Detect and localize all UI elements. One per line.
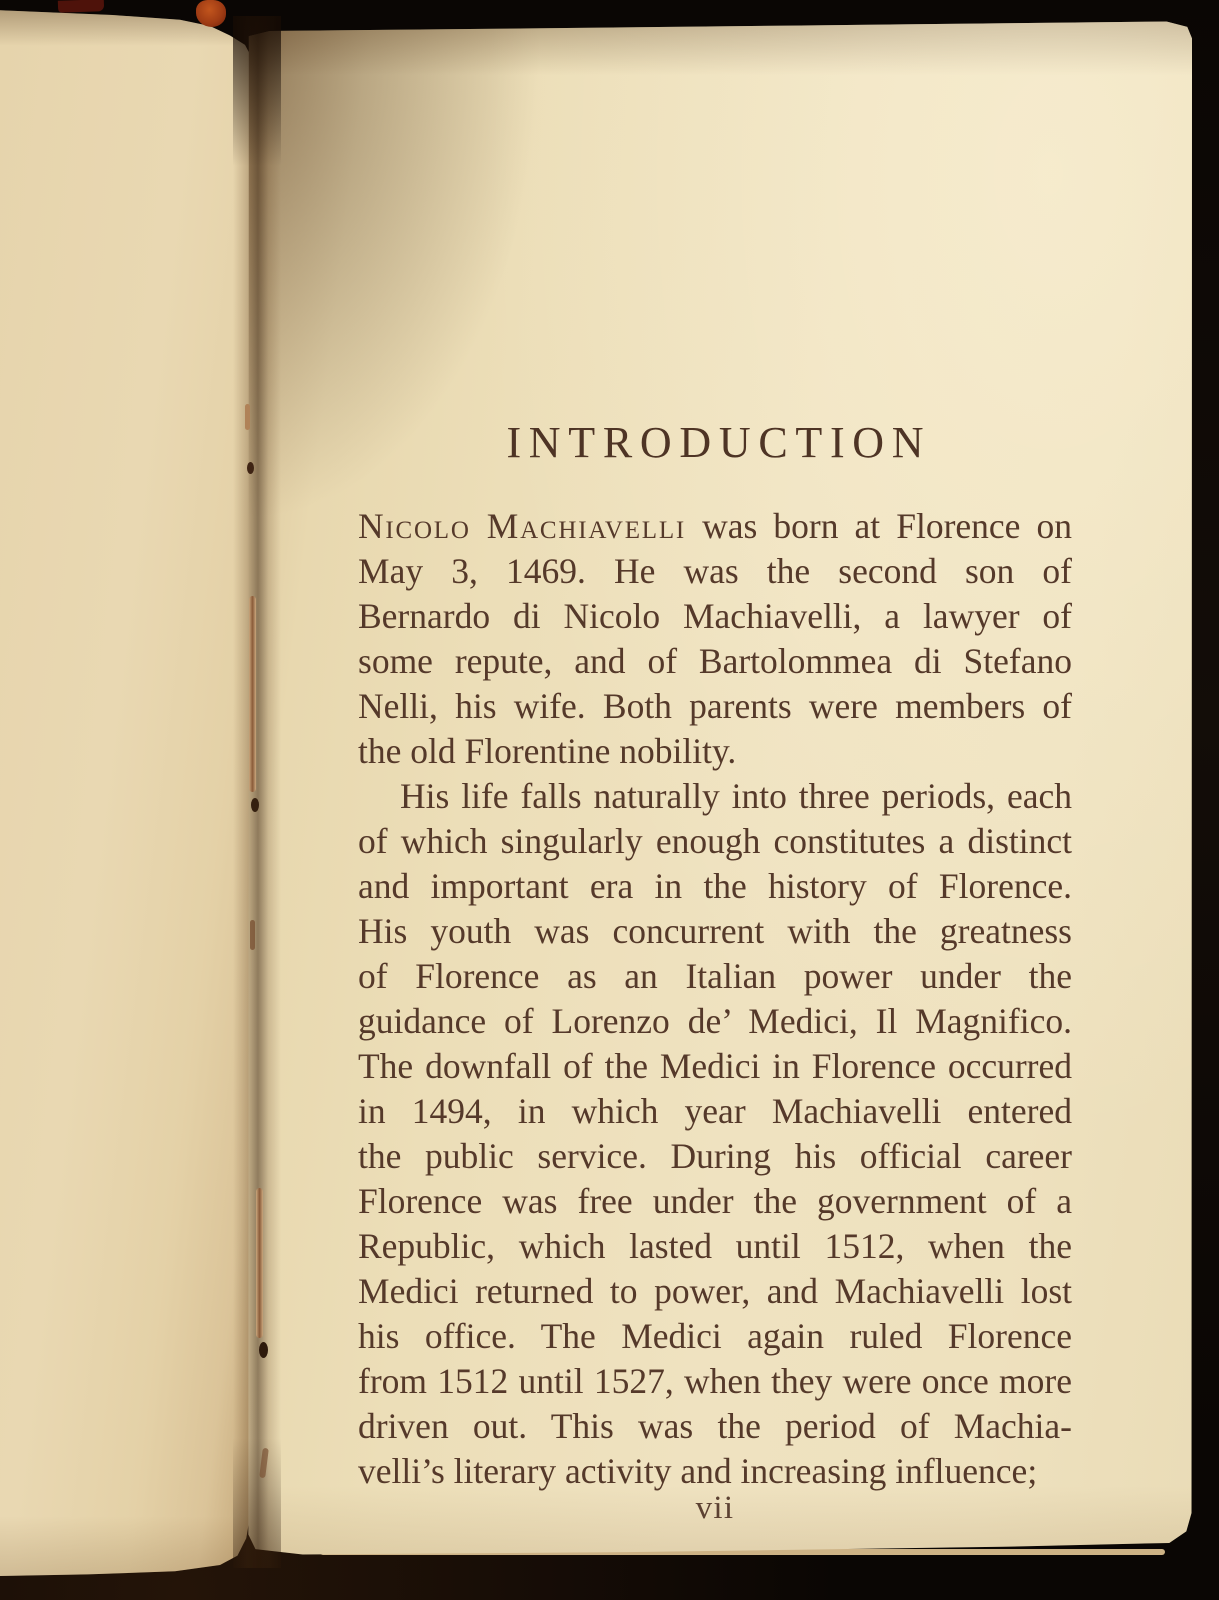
right-page: INTRODUCTION Nicolo Machiavelli was born… bbox=[246, 20, 1192, 1556]
text-line: guidance of Lorenzo de’ Medici, Il Magni… bbox=[358, 999, 1072, 1044]
text-line: from 1512 until 1527, when they were onc… bbox=[358, 1359, 1072, 1404]
text-line: his office. The Medici again ruled Flore… bbox=[358, 1314, 1072, 1359]
left-page bbox=[0, 4, 250, 1576]
book-photo: INTRODUCTION Nicolo Machiavelli was born… bbox=[0, 0, 1219, 1600]
text-line: May 3, 1469. He was the second son of bbox=[358, 549, 1072, 594]
text-line: of Florence as an Italian power under th… bbox=[358, 954, 1072, 999]
text-line: His youth was concurrent with the greatn… bbox=[358, 909, 1072, 954]
binding-speck bbox=[251, 798, 259, 812]
binding-speck bbox=[259, 1342, 268, 1358]
text-line: the public service. During his official … bbox=[358, 1134, 1072, 1179]
page-title: INTRODUCTION bbox=[358, 420, 1072, 466]
paragraph-2: His life falls naturally into three peri… bbox=[358, 774, 1072, 1494]
spine-headband bbox=[196, 0, 226, 27]
text-line: Bernardo di Nicolo Machiavelli, a lawyer… bbox=[358, 594, 1072, 639]
text-line: Nicolo Machiavelli was born at Florence … bbox=[358, 504, 1072, 549]
text-line: Republic, which lasted until 1512, when … bbox=[358, 1224, 1072, 1269]
smallcaps-name: Machiavelli bbox=[487, 506, 686, 546]
binding-cord bbox=[249, 596, 256, 792]
text-line: and important era in the history of Flor… bbox=[358, 864, 1072, 909]
binding-cord bbox=[256, 1188, 263, 1338]
text-line: of which singularly enough constitutes a… bbox=[358, 819, 1072, 864]
text-line: Florence was free under the government o… bbox=[358, 1179, 1072, 1224]
text-line: His life falls naturally into three peri… bbox=[358, 774, 1072, 819]
text-line: driven out. This was the period of Machi… bbox=[358, 1404, 1072, 1449]
line-text: was born at Florence on bbox=[702, 506, 1072, 546]
text-block: INTRODUCTION Nicolo Machiavelli was born… bbox=[358, 20, 1072, 1531]
text-line: The downfall of the Medici in Florence o… bbox=[358, 1044, 1072, 1089]
binding-cord bbox=[245, 404, 250, 430]
text-line: the old Florentine nobility. bbox=[358, 729, 1072, 774]
smallcaps-name: Nicolo bbox=[358, 506, 471, 546]
book-cover-edge bbox=[58, 0, 104, 13]
text-line: in 1494, in which year Machiavelli enter… bbox=[358, 1089, 1072, 1134]
text-line: Nelli, his wife. Both parents were membe… bbox=[358, 684, 1072, 729]
binding-speck bbox=[247, 462, 254, 474]
text-line: some repute, and of Bartolommea di Stefa… bbox=[358, 639, 1072, 684]
text-line: Medici returned to power, and Machiavell… bbox=[358, 1269, 1072, 1314]
paragraph-1: Nicolo Machiavelli was born at Florence … bbox=[358, 504, 1072, 774]
binding-mark bbox=[250, 920, 255, 950]
